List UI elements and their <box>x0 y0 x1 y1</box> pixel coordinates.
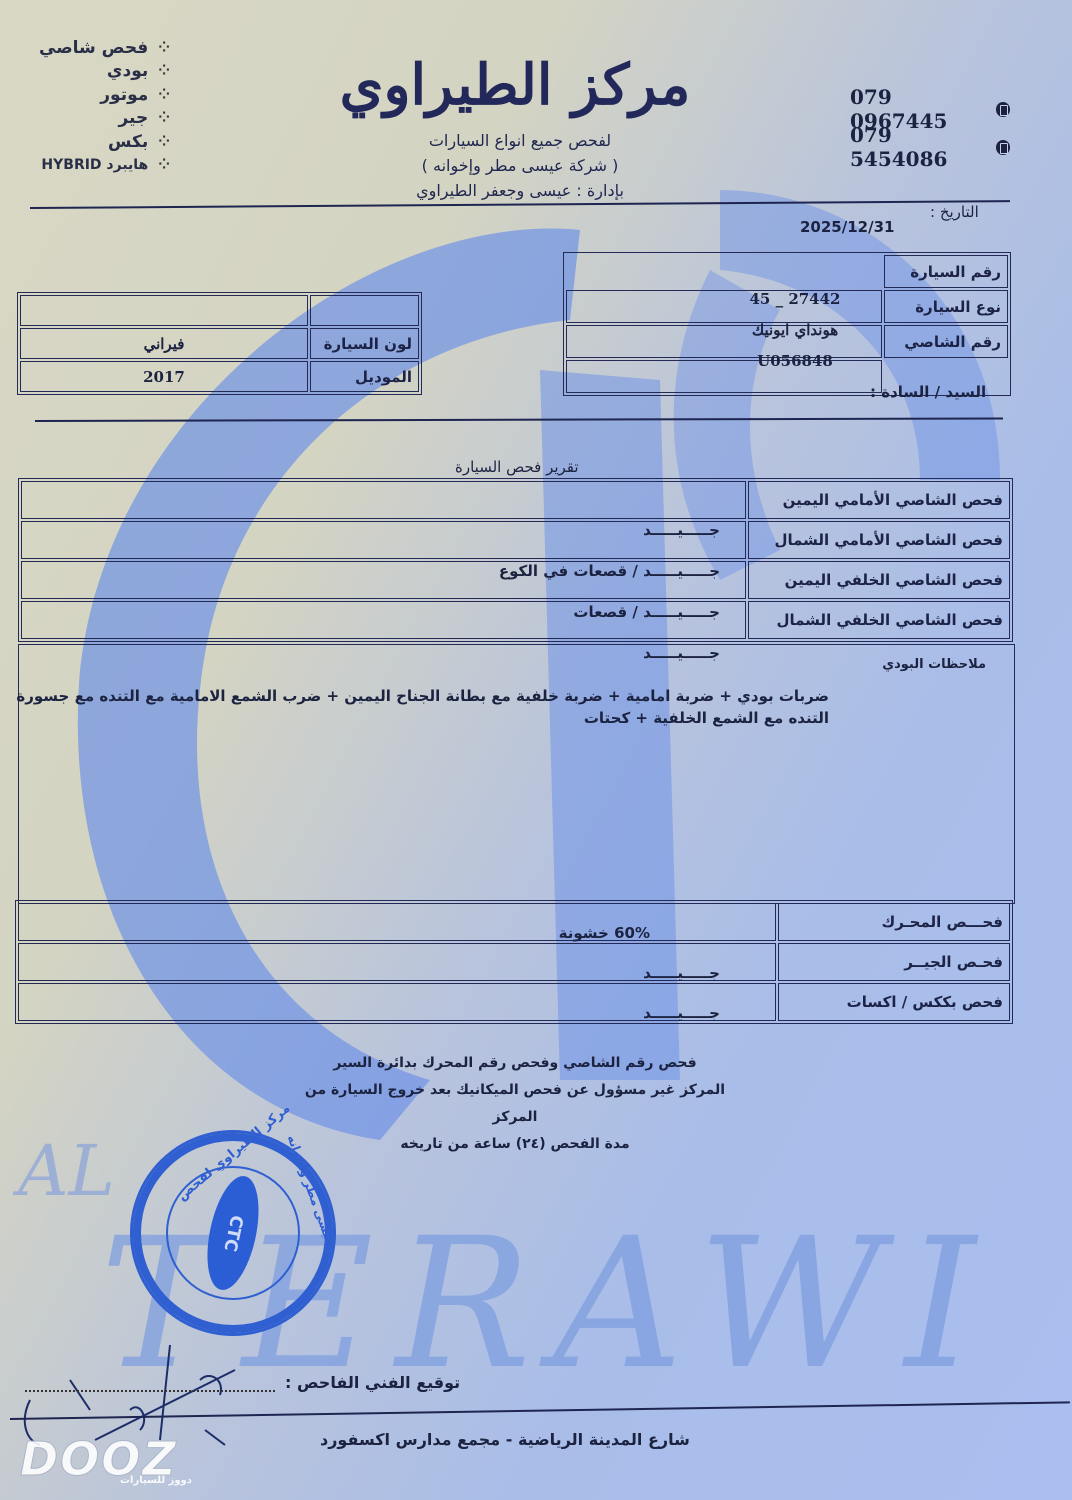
signature-dotted-line <box>25 1390 275 1392</box>
center-subtitles: لفحص جميع انواع السيارات ( شركة عيسى مطر… <box>320 128 720 203</box>
services-list: ⁘فحص شاصي ⁘بودي ⁘موتور ⁘جير ⁘بكس ⁘هايبرد… <box>30 36 170 177</box>
car-info-values: 27442 _ 45 هونداي ايونيك U056848 <box>700 284 890 377</box>
chassis-number: U056848 <box>700 346 890 377</box>
service-item: ⁘فحص شاصي <box>30 36 170 60</box>
date-value: 2025/12/31 <box>800 218 894 236</box>
mechanical-results: 60% خشونة جـــــيـــــد جـــــيـــــد <box>300 913 720 1033</box>
service-item: ⁘هايبرد HYBRID <box>30 154 170 178</box>
watermark-al-text: AL <box>18 1130 115 1212</box>
disclaimers: فحص رقم الشاصي وفحص رقم المحرك بدائرة ال… <box>280 1050 750 1158</box>
dots-bullet-icon: ⁘ <box>158 134 170 150</box>
service-item: ⁘موتور <box>30 83 170 107</box>
mobile-phone-icon <box>996 140 1010 155</box>
company-stamp: CTC مركز الطيراوي لفحص عيسى مطر واخوانه <box>130 1130 336 1336</box>
body-notes-label: ملاحظات البودي <box>882 657 986 672</box>
center-title: مركز الطيراوي <box>235 52 795 118</box>
phone-numbers: 079 0967445 079 5454086 <box>850 90 1010 166</box>
table-row <box>20 295 419 326</box>
mobile-phone-icon <box>996 102 1010 117</box>
chassis-result: جـــــيـــــد <box>280 510 720 551</box>
body-notes-box: ملاحظات البودي ضربات بودي + ضربة امامية … <box>18 644 1015 904</box>
chassis-result: جـــــيـــــد / قصعات <box>280 592 720 633</box>
service-item: ⁘جير <box>30 107 170 131</box>
dooz-tagline: دووز للسيارات <box>120 1475 192 1486</box>
dots-bullet-icon: ⁘ <box>158 157 170 173</box>
customer-label: السيد / السادة : <box>870 383 986 401</box>
date-label: التاريخ : <box>930 203 979 221</box>
service-item: ⁘بكس <box>30 130 170 154</box>
dots-bullet-icon: ⁘ <box>158 40 170 56</box>
address-text: شارع المدينة الرياضية - مجمع مدارس اكسفو… <box>320 1430 690 1449</box>
model-year-value: 2017 <box>20 361 308 392</box>
phone-entry: 079 5454086 <box>850 128 1010 166</box>
signature-label: توقيع الفني الفاحص : <box>285 1373 460 1392</box>
dots-bullet-icon: ⁘ <box>158 110 170 126</box>
dots-bullet-icon: ⁘ <box>158 87 170 103</box>
body-notes-text: ضربات بودي + ضربة امامية + ضربة خلفية مع… <box>0 685 829 729</box>
gear-result: جـــــيـــــد <box>300 953 720 993</box>
service-item: ⁘بودي <box>30 60 170 84</box>
car-type: هونداي ايونيك <box>700 315 890 346</box>
engine-result: 60% خشونة <box>300 913 720 953</box>
plate-number: 27442 _ 45 <box>700 284 890 315</box>
car-color-value: فيراني <box>20 328 308 359</box>
table-row: فيرانيلون السيارة <box>20 328 419 359</box>
chassis-result: جـــــيـــــد / قصعات في الكوع <box>280 551 720 592</box>
report-title: تقرير فحص السيارة <box>455 458 579 476</box>
customer-line <box>35 417 1003 422</box>
table-row: 2017الموديل <box>20 361 419 392</box>
dots-bullet-icon: ⁘ <box>158 63 170 79</box>
axle-result: جـــــيـــــد <box>300 993 720 1033</box>
color-model-table: فيرانيلون السيارة 2017الموديل <box>17 292 422 395</box>
